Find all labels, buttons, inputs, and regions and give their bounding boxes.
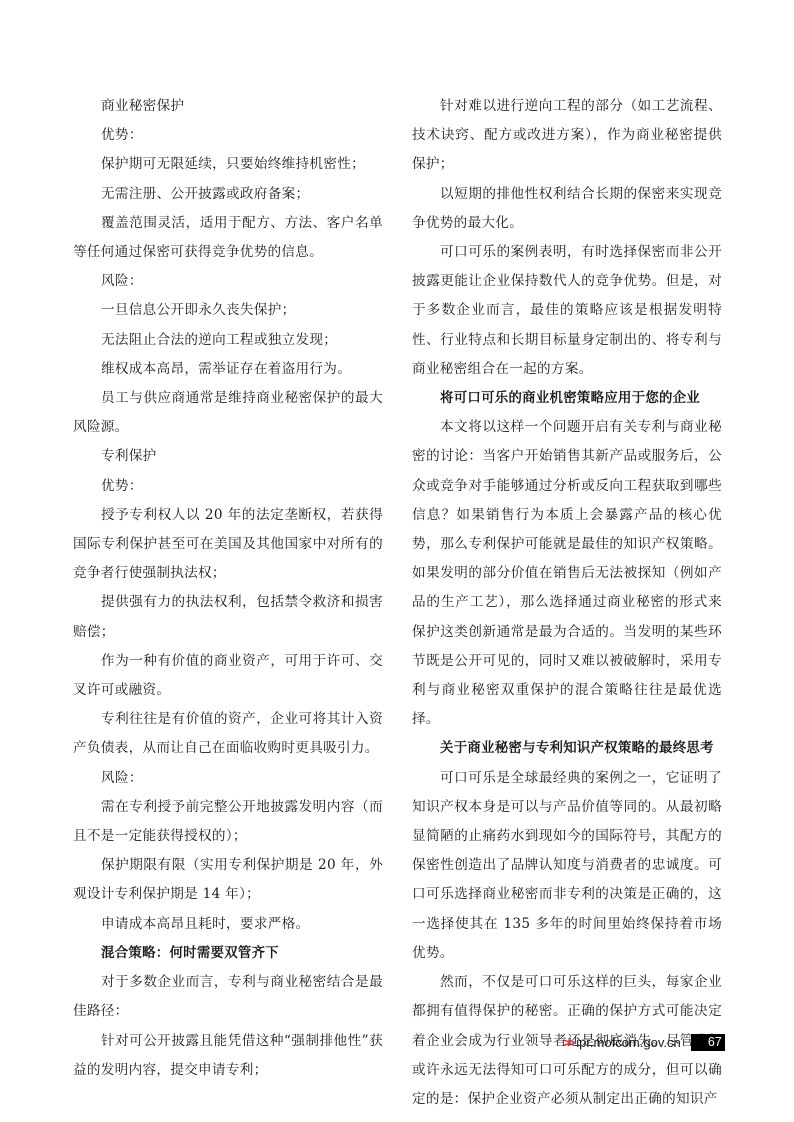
paragraph: 以短期的排他性权利结合长期的保密来实现竞争优势的最大化。 xyxy=(412,180,722,238)
paragraph: 提供强有力的执法权利，包括禁令救济和损害赔偿； xyxy=(73,588,383,646)
paragraph: 针对可公开披露且能凭借这种“强制排他性”获益的发明内容，提交申请专利； xyxy=(73,1027,383,1085)
double-chevron-icon: >> xyxy=(563,1035,572,1050)
paragraph: 一旦信息公开即永久丧失保护； xyxy=(73,296,383,325)
paragraph: 针对难以进行逆向工程的部分（如工艺流程、技术诀窍、配方或改进方案），作为商业秘密… xyxy=(412,92,722,180)
paragraph: 对于多数企业而言，专利与商业秘密结合是最佳路径： xyxy=(73,968,383,1026)
paragraph: 风险： xyxy=(73,267,383,296)
paragraph: 无法阻止合法的逆向工程或独立发现； xyxy=(73,326,383,355)
page-number: 67 xyxy=(691,1034,725,1051)
paragraph: 覆盖范围灵活，适用于配方、方法、客户名单等任何通过保密可获得竞争优势的信息。 xyxy=(73,209,383,267)
page-footer: >> ipr.mofcom.gov.cn 67 xyxy=(563,1033,725,1051)
left-column: 商业秘密保护优势：保护期可无限延续，只要始终维持机密性；无需注册、公开披露或政府… xyxy=(73,92,383,1085)
paragraph: 需在专利授予前完整公开地披露发明内容（而且不是一定能获得授权的）； xyxy=(73,793,383,851)
paragraph: 商业秘密保护 xyxy=(73,92,383,121)
paragraph: 维权成本高昂，需举证存在着盗用行为。 xyxy=(73,355,383,384)
section-heading: 关于商业秘密与专利知识产权策略的最终思考 xyxy=(412,734,722,763)
right-column: 针对难以进行逆向工程的部分（如工艺流程、技术诀窍、配方或改进方案），作为商业秘密… xyxy=(412,92,722,1114)
paragraph: 无需注册、公开披露或政府备案； xyxy=(73,180,383,209)
paragraph: 本文将以这样一个问题开启有关专利与商业秘密的讨论：当客户开始销售其新产品或服务后… xyxy=(412,413,722,734)
paragraph: 作为一种有价值的商业资产，可用于许可、交叉许可或融资。 xyxy=(73,647,383,705)
paragraph: 优势： xyxy=(73,472,383,501)
paragraph: 保护期可无限延续，只要始终维持机密性； xyxy=(73,150,383,179)
paragraph: 专利往往是有价值的资产，企业可将其计入资产负债表，从而让自己在面临收购时更具吸引… xyxy=(73,705,383,763)
paragraph: 可口可乐是全球最经典的案例之一，它证明了知识产权本身是可以与产品价值等同的。从最… xyxy=(412,764,722,968)
section-heading: 将可口可乐的商业机密策略应用于您的企业 xyxy=(412,384,722,413)
paragraph: 专利保护 xyxy=(73,442,383,471)
footer-url: ipr.mofcom.gov.cn xyxy=(576,1035,681,1050)
paragraph: 优势： xyxy=(73,121,383,150)
paragraph: 授予专利权人以 20 年的法定垄断权，若获得国际专利保护甚至可在美国及其他国家中… xyxy=(73,501,383,589)
section-heading: 混合策略：何时需要双管齐下 xyxy=(73,939,383,968)
paragraph: 风险： xyxy=(73,764,383,793)
paragraph: 可口可乐的案例表明，有时选择保密而非公开披露更能让企业保持数代人的竞争优势。但是… xyxy=(412,238,722,384)
paragraph: 员工与供应商通常是维持商业秘密保护的最大风险源。 xyxy=(73,384,383,442)
paragraph: 申请成本高昂且耗时，要求严格。 xyxy=(73,910,383,939)
paragraph: 保护期限有限（实用专利保护期是 20 年，外观设计专利保护期是 14 年）； xyxy=(73,851,383,909)
